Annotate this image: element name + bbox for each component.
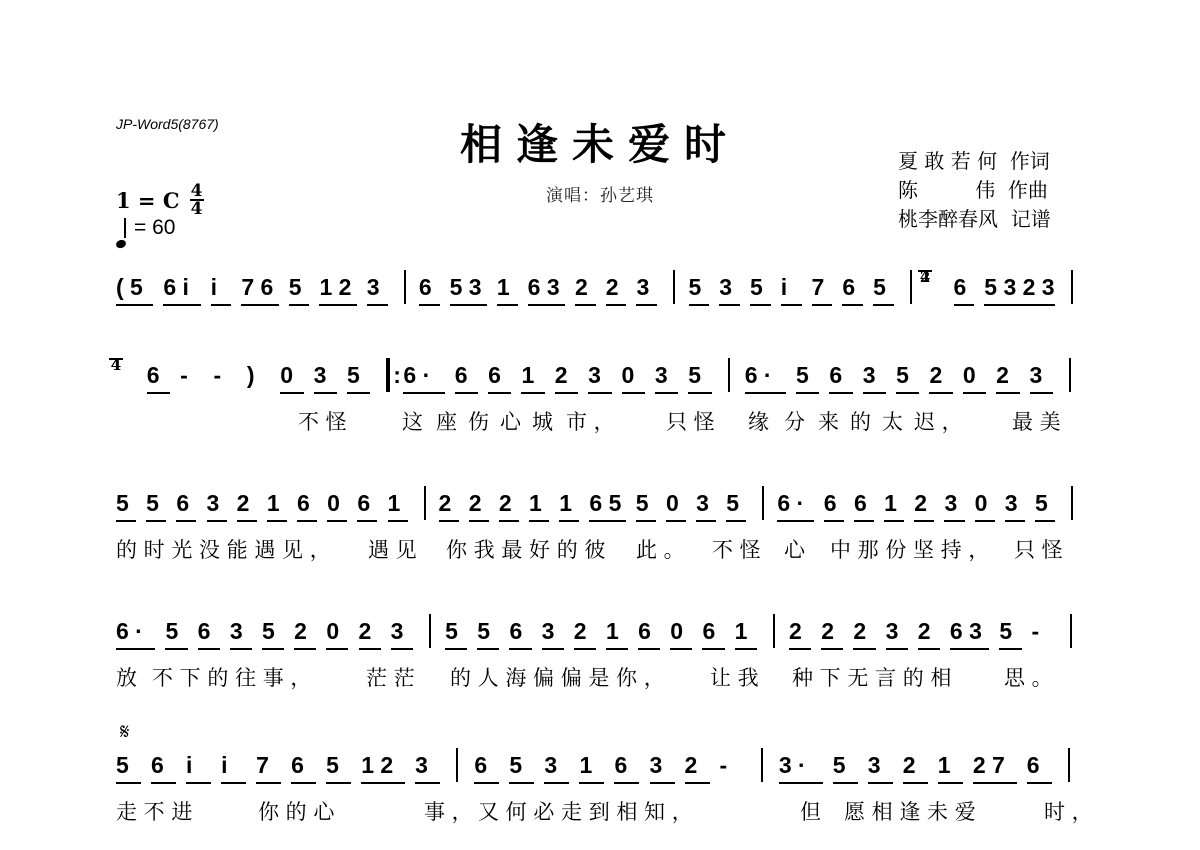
note: 6 i xyxy=(163,274,189,301)
lyric-syllable: 不 怪 xyxy=(712,534,761,564)
beam-underline xyxy=(241,304,278,306)
note: 2 xyxy=(439,490,452,517)
beam-underline xyxy=(280,392,303,394)
note: 0 xyxy=(670,618,683,645)
note: 6 xyxy=(357,490,370,517)
note: 5 xyxy=(509,752,522,779)
lyric-syllable: 的 人 海 偏 偏 是 你 ， xyxy=(450,662,665,692)
beam-underline xyxy=(781,304,802,306)
note: 6 xyxy=(474,752,487,779)
beam-underline xyxy=(542,648,564,650)
beam-underline xyxy=(528,304,565,306)
beam-underline xyxy=(575,304,596,306)
beam-underline xyxy=(950,648,989,650)
note: 5 xyxy=(289,274,302,301)
lyric-syllable: 种 下 无 言 的 相 xyxy=(792,662,951,692)
note: 0 xyxy=(327,490,340,517)
lyric-syllable: 的 xyxy=(850,406,871,436)
beam-underline xyxy=(116,304,153,306)
note: 0 xyxy=(622,362,635,389)
beam-underline xyxy=(146,520,166,522)
beam-underline xyxy=(868,782,893,784)
beam-underline xyxy=(474,782,499,784)
repeat-start-barline xyxy=(386,358,390,392)
lyric-syllable: 伤 xyxy=(468,406,489,436)
beam-underline xyxy=(1035,520,1055,522)
beam-underline xyxy=(237,520,257,522)
beam-underline xyxy=(606,648,628,650)
beam-underline xyxy=(726,520,746,522)
beam-underline xyxy=(403,392,444,394)
note: 6 3 xyxy=(950,618,982,645)
note: 1 2 xyxy=(361,752,393,779)
lyric-syllable: 你 我 最 好 的 彼 xyxy=(446,534,605,564)
note: 6 xyxy=(291,752,304,779)
note: 6 · xyxy=(745,362,772,389)
note: 6 xyxy=(854,490,867,517)
note: 1 xyxy=(529,490,542,517)
note: 1 xyxy=(938,752,951,779)
lyric-syllable: 中 那 份 坚 持 ， xyxy=(830,534,989,564)
barline xyxy=(1070,614,1072,648)
beam-underline xyxy=(439,520,459,522)
lyric-syllable: 心 xyxy=(500,406,521,436)
beam-underline xyxy=(294,648,316,650)
lyric-syllable: 让 我 xyxy=(710,662,759,692)
note: 6 5 xyxy=(589,490,621,517)
barline xyxy=(673,270,675,304)
note: i xyxy=(186,752,192,779)
lyric-syllable: 太 xyxy=(882,406,903,436)
beam-underline xyxy=(996,392,1019,394)
beam-underline xyxy=(789,648,811,650)
beam-underline xyxy=(918,648,940,650)
beam-underline xyxy=(824,520,844,522)
beam-underline xyxy=(944,520,964,522)
note: 6 xyxy=(488,362,501,389)
notes-line: 446--)035:6 ·661230356 ·56352023 xyxy=(116,362,1096,402)
time-sig-bottom: 4 xyxy=(191,201,203,217)
transcriber-credit: 桃李醉春风 记谱 xyxy=(898,205,1051,234)
beam-underline xyxy=(198,648,220,650)
barline xyxy=(773,614,775,648)
note: 6 3 xyxy=(528,274,560,301)
beam-underline xyxy=(842,304,863,306)
notes-line: 56ii7651 236531632-3 ·53212 76 xyxy=(116,752,1096,792)
note: ) xyxy=(247,362,255,389)
note: - xyxy=(180,362,188,389)
beam-underline xyxy=(853,648,875,650)
notes-line: 5563216061222116 550356 ·66123035 xyxy=(116,490,1096,530)
note: 1 xyxy=(735,618,748,645)
lyric-syllable: 遇 见 xyxy=(368,534,417,564)
note: 6 xyxy=(1027,752,1040,779)
note: 5 xyxy=(896,362,909,389)
beam-underline xyxy=(650,782,675,784)
beam-underline xyxy=(509,782,534,784)
note: - xyxy=(720,752,728,779)
lyricist-credit: 夏 敢 若 何 作词 xyxy=(898,147,1051,176)
note: 2 xyxy=(853,618,866,645)
beam-underline xyxy=(521,392,544,394)
notes-line: 6 ·563520235563216061222326 35- xyxy=(116,618,1096,658)
lyric-syllable: 心 xyxy=(784,534,805,564)
note: 6 · xyxy=(116,618,143,645)
beam-underline xyxy=(938,782,963,784)
beam-underline xyxy=(821,648,843,650)
note: 1 xyxy=(497,274,510,301)
note: 1 xyxy=(521,362,534,389)
beam-underline xyxy=(544,782,569,784)
note: 5 3 xyxy=(450,274,482,301)
lyric-syllable: 走 不 进 xyxy=(116,796,192,826)
barline xyxy=(1071,270,1073,304)
beam-underline xyxy=(735,648,757,650)
beam-underline xyxy=(638,648,660,650)
beam-underline xyxy=(655,392,678,394)
repeat-colon: : xyxy=(393,362,401,389)
note: 3 xyxy=(886,618,899,645)
note: 1 xyxy=(267,490,280,517)
lyric-syllable: 茫 茫 xyxy=(366,662,415,692)
note: 1 xyxy=(388,490,401,517)
beam-underline xyxy=(666,520,686,522)
beam-underline xyxy=(267,520,287,522)
lyric-syllable: 不 下 的 往 事 ， xyxy=(152,662,311,692)
note: 1 xyxy=(579,752,592,779)
lyric-syllable: 城 xyxy=(532,406,553,436)
note: 5 xyxy=(833,752,846,779)
note: 3 xyxy=(588,362,601,389)
note: 3 xyxy=(415,752,428,779)
note: 6 xyxy=(297,490,310,517)
beam-underline xyxy=(116,520,136,522)
lyric-syllable: 分 xyxy=(784,406,805,436)
lyric-syllable: 不 怪 xyxy=(298,406,347,436)
beam-underline xyxy=(1030,392,1053,394)
note: 5 xyxy=(873,274,886,301)
note: 6 xyxy=(455,362,468,389)
time-signature: 4 4 xyxy=(190,183,204,217)
time-sig-top: 4 xyxy=(191,183,203,199)
beam-underline xyxy=(579,782,604,784)
beam-underline xyxy=(419,304,440,306)
note: 1 xyxy=(606,618,619,645)
beam-underline xyxy=(812,304,833,306)
beam-underline xyxy=(176,520,196,522)
note: 2 7 xyxy=(973,752,1005,779)
note: 5 xyxy=(477,618,490,645)
note: 3 xyxy=(863,362,876,389)
beam-underline xyxy=(854,520,874,522)
lyric-syllable: 这 xyxy=(402,406,423,436)
beam-underline xyxy=(230,648,252,650)
lyric-syllable: 时 ， xyxy=(1044,796,1093,826)
beam-underline xyxy=(588,392,611,394)
lyric-syllable: 只 怪 xyxy=(666,406,715,436)
note: 6 xyxy=(198,618,211,645)
note: 3 xyxy=(636,274,649,301)
note: 3 xyxy=(230,618,243,645)
beam-underline xyxy=(559,520,579,522)
composer-credit: 陈 伟 作曲 xyxy=(898,176,1051,205)
beam-underline xyxy=(455,392,478,394)
note: 5 xyxy=(165,618,178,645)
note: 3 · xyxy=(779,752,806,779)
beam-underline xyxy=(914,520,934,522)
beam-underline xyxy=(954,304,975,306)
beam-underline xyxy=(450,304,487,306)
beam-underline xyxy=(622,392,645,394)
beam-underline xyxy=(359,648,381,650)
beam-underline xyxy=(314,392,337,394)
note: 3 xyxy=(650,752,663,779)
beam-underline xyxy=(529,520,549,522)
note: 3 xyxy=(1030,362,1043,389)
note: 2 xyxy=(574,618,587,645)
beam-underline xyxy=(696,520,716,522)
key-label: 1 = C xyxy=(116,188,180,213)
note: 2 xyxy=(499,490,512,517)
beam-underline xyxy=(367,304,388,306)
note: 2 xyxy=(929,362,942,389)
note: 7 xyxy=(812,274,825,301)
barline xyxy=(761,748,763,782)
note: 5 xyxy=(689,274,702,301)
note: 0 xyxy=(280,362,293,389)
beam-underline xyxy=(896,392,919,394)
lyric-syllable: 事 ， xyxy=(424,796,473,826)
barline xyxy=(1069,358,1071,392)
note: 3 xyxy=(207,490,220,517)
note: 5 xyxy=(999,618,1012,645)
tempo-marking: = 60 xyxy=(116,216,175,240)
note: 5 xyxy=(146,490,159,517)
beam-underline xyxy=(509,648,531,650)
note: 6 xyxy=(638,618,651,645)
note: 2 xyxy=(789,618,802,645)
beam-underline xyxy=(327,520,347,522)
lyric-syllable: 但 xyxy=(800,796,821,826)
note: 2 xyxy=(903,752,916,779)
note: 5 xyxy=(116,752,129,779)
beam-underline xyxy=(873,304,894,306)
note: 5 xyxy=(116,490,129,517)
segno-icon: 𝄋 xyxy=(120,720,129,745)
note: 0 xyxy=(975,490,988,517)
note: i xyxy=(221,752,227,779)
beam-underline xyxy=(256,782,281,784)
lyric-syllable: 此 。 xyxy=(636,534,685,564)
beam-underline xyxy=(973,782,1017,784)
beam-underline xyxy=(702,648,724,650)
lyric-syllable: 只 怪 xyxy=(1014,534,1063,564)
note: 6 · xyxy=(777,490,804,517)
beam-underline xyxy=(833,782,858,784)
note: 3 xyxy=(314,362,327,389)
note: 6 xyxy=(702,618,715,645)
beam-underline xyxy=(903,782,928,784)
beam-underline xyxy=(488,392,511,394)
beam-underline xyxy=(347,392,370,394)
beam-underline xyxy=(929,392,952,394)
barline xyxy=(456,748,458,782)
lyric-syllable: 缘 xyxy=(748,406,769,436)
beam-underline xyxy=(745,392,786,394)
beam-underline xyxy=(207,520,227,522)
note: 2 xyxy=(359,618,372,645)
note: 6 xyxy=(614,752,627,779)
barline xyxy=(1068,748,1070,782)
tempo-value: = 60 xyxy=(134,216,175,240)
note: 2 xyxy=(918,618,931,645)
notes-line: ( 56 ii7 651 2365 316 3223535i7652465 3 … xyxy=(116,274,1096,314)
beam-underline xyxy=(614,782,639,784)
beam-underline xyxy=(326,648,348,650)
lyric-syllable: 最 美 xyxy=(1012,406,1061,436)
beam-underline xyxy=(291,782,316,784)
note: 6 xyxy=(419,274,432,301)
beam-underline xyxy=(165,648,187,650)
beam-underline xyxy=(297,520,317,522)
beam-underline xyxy=(391,648,413,650)
note: 6 xyxy=(509,618,522,645)
beam-underline xyxy=(163,304,200,306)
key-signature: 1 = C 4 4 xyxy=(116,183,204,217)
note: 5 xyxy=(347,362,360,389)
note: 3 xyxy=(544,752,557,779)
lyric-syllable: 迟 ， xyxy=(914,406,963,436)
beam-underline xyxy=(779,782,823,784)
note: 2 xyxy=(555,362,568,389)
note: 0 xyxy=(666,490,679,517)
note: 6 xyxy=(829,362,842,389)
beam-underline xyxy=(636,520,656,522)
beam-underline xyxy=(469,520,489,522)
beam-underline xyxy=(606,304,627,306)
beam-underline xyxy=(636,304,657,306)
note: 7 xyxy=(256,752,269,779)
beam-underline xyxy=(863,392,886,394)
note: 2 xyxy=(685,752,698,779)
barline xyxy=(404,270,406,304)
beam-underline xyxy=(975,520,995,522)
note: 3 xyxy=(719,274,732,301)
note: 5 xyxy=(326,752,339,779)
beam-underline xyxy=(357,520,377,522)
beam-underline xyxy=(886,648,908,650)
beam-underline xyxy=(796,392,819,394)
barline xyxy=(1071,486,1073,520)
beam-underline xyxy=(688,392,711,394)
note: 3 xyxy=(391,618,404,645)
beam-underline xyxy=(574,648,596,650)
note: 5 xyxy=(636,490,649,517)
note: ( 5 xyxy=(116,274,143,301)
lyric-syllable: 市 ， xyxy=(566,406,615,436)
note: 2 xyxy=(575,274,588,301)
note: 1 xyxy=(884,490,897,517)
beam-underline xyxy=(289,304,310,306)
note: 7 6 xyxy=(241,274,273,301)
beam-underline xyxy=(829,392,852,394)
beam-underline xyxy=(999,648,1021,650)
lyric-syllable: 愿 相 逢 未 爱 xyxy=(844,796,976,826)
beam-underline xyxy=(388,520,408,522)
beam-underline xyxy=(984,304,1054,306)
note: 5 3 2 3 xyxy=(984,274,1054,301)
note: 5 xyxy=(726,490,739,517)
note: 3 xyxy=(655,362,668,389)
beam-underline xyxy=(884,520,904,522)
credits-block: 夏 敢 若 何 作词 陈 伟 作曲 桃李醉春风 记谱 xyxy=(898,147,1051,234)
beam-underline xyxy=(221,782,246,784)
note: 5 xyxy=(445,618,458,645)
lyric-syllable: 来 xyxy=(818,406,839,436)
barline xyxy=(424,486,426,520)
note: 2 xyxy=(821,618,834,645)
note: 6 xyxy=(176,490,189,517)
beam-underline xyxy=(211,304,232,306)
note: 6 xyxy=(151,752,164,779)
note: 6 xyxy=(842,274,855,301)
beam-underline xyxy=(116,648,155,650)
note: 3 xyxy=(696,490,709,517)
note: 3 xyxy=(542,618,555,645)
beam-underline xyxy=(685,782,710,784)
beam-underline xyxy=(497,304,518,306)
barline xyxy=(910,270,912,304)
note: 0 xyxy=(326,618,339,645)
note: 2 xyxy=(996,362,1009,389)
beam-underline xyxy=(589,520,625,522)
lyric-syllable: 思 。 xyxy=(1004,662,1053,692)
note: 3 xyxy=(1005,490,1018,517)
note: i xyxy=(781,274,787,301)
barline xyxy=(728,358,730,392)
barline xyxy=(762,486,764,520)
beam-underline xyxy=(415,782,440,784)
beam-underline xyxy=(1005,520,1025,522)
note: 5 xyxy=(688,362,701,389)
note: 2 xyxy=(914,490,927,517)
note: 3 xyxy=(944,490,957,517)
note: 6 xyxy=(147,362,160,389)
lyric-syllable: 又 何 必 走 到 相 知 ， xyxy=(478,796,693,826)
beam-underline xyxy=(445,648,467,650)
note: 2 xyxy=(237,490,250,517)
note: 6 · xyxy=(403,362,430,389)
beam-underline xyxy=(499,520,519,522)
note: - xyxy=(1032,618,1040,645)
quarter-note-icon xyxy=(116,216,128,240)
lyric-syllable: 你 的 心 xyxy=(258,796,334,826)
beam-underline xyxy=(1027,782,1052,784)
barline xyxy=(429,614,431,648)
beam-underline xyxy=(326,782,351,784)
note: 3 xyxy=(367,274,380,301)
beam-underline xyxy=(319,304,356,306)
note: 5 xyxy=(1035,490,1048,517)
note: 5 xyxy=(262,618,275,645)
lyric-syllable: 座 xyxy=(436,406,457,436)
beam-underline xyxy=(777,520,813,522)
note: 2 xyxy=(606,274,619,301)
beam-underline xyxy=(555,392,578,394)
beam-underline xyxy=(186,782,211,784)
note: 6 xyxy=(954,274,967,301)
note: i xyxy=(211,274,217,301)
